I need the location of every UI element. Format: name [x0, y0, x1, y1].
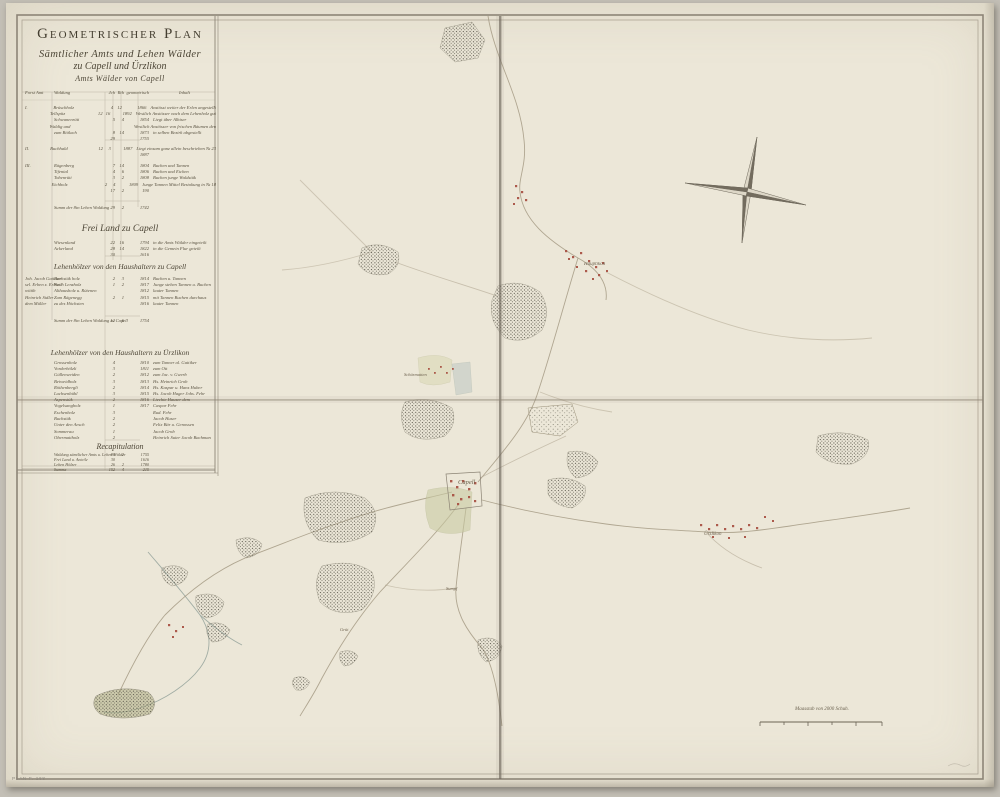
place-label-hauptikon: Hauptikon [584, 262, 605, 267]
place-label-grut: Grüt [340, 627, 349, 632]
cell-group [24, 188, 54, 194]
cell-group [24, 318, 54, 324]
cell-schuh: 1816 [124, 301, 149, 307]
cell-note [153, 205, 216, 211]
subtitle-line-3: Amts Wälder von Capell [24, 74, 216, 83]
cell-note [153, 188, 216, 194]
cell-schuh: 215 [124, 467, 149, 472]
cell-waldung: Summ der 8tn Lehen Waldung [54, 205, 106, 211]
cell-schuh: 1887 [124, 152, 149, 158]
cell-ruthen [115, 136, 124, 142]
cell-group [24, 467, 54, 472]
place-label-schurmatten: Schürmatten [404, 372, 427, 377]
cell-jucharten: 12 [106, 318, 115, 324]
section-heading-lehen-urzlikon: Lehenhölzer von den Haushaltern zu Ürzli… [24, 348, 216, 357]
cell-jucharten [106, 301, 115, 307]
page-title: Geometrischer Plan [24, 26, 216, 43]
cell-jucharten: 2 [106, 435, 115, 441]
place-label-sumpf: Sumpf [446, 586, 457, 591]
table-row: Summa 152 4 215 [24, 467, 216, 472]
cell-note [153, 467, 216, 472]
cell-jucharten: 17 [106, 188, 115, 194]
cell-holder: dem Müller [24, 301, 54, 307]
cell-schuh [124, 435, 149, 441]
place-label-urzlikon: Ürzlikon [704, 532, 722, 537]
ledger-row-zins-summ: Summ der 8tn Lehen Waldung 29 2 1742 [24, 205, 216, 211]
ledger-section-recapitulation: Waldung sämtlicher Amts u. Lehen Wälder … [24, 452, 216, 472]
section-heading-lehen-capell: Lehenhölzer von den Haushaltern zu Capel… [24, 262, 216, 271]
title-cartouche: Geometrischer Plan Sämtlicher Amts und L… [24, 26, 216, 83]
cell-waldung [54, 152, 106, 158]
cell-group [24, 435, 54, 441]
cell-note [153, 152, 216, 158]
cell-jucharten: 30 [106, 252, 115, 258]
cell-jucharten [106, 152, 115, 158]
cell-group [24, 403, 54, 409]
table-row: Summ der 8tn Lehen Waldung zu Capell 12 … [24, 318, 216, 324]
cell-waldung: Obermattholz [54, 435, 106, 441]
cell-jucharten: 1 [106, 403, 115, 409]
cell-ruthen [115, 152, 124, 158]
table-row: Summ der 8tn Lehen Waldung 29 2 1742 [24, 205, 216, 211]
surveyor-signature-mark [948, 764, 970, 767]
cell-note: Caspar Fehr [153, 403, 216, 409]
section-heading-recapitulation: Recapitulation [24, 442, 216, 451]
scale-bar [760, 722, 882, 726]
cell-waldung [54, 136, 106, 142]
table-row: 1887 [24, 152, 216, 158]
cell-waldung [54, 188, 106, 194]
cell-jucharten: 152 [106, 467, 115, 472]
cell-waldung [54, 252, 106, 258]
cell-note: Heinrich Suter Jacob Bachman [153, 435, 216, 441]
section-heading-freiland: Frei Land zu Capell [24, 224, 216, 234]
cell-ruthen [115, 435, 124, 441]
road-network [118, 16, 910, 726]
cell-schuh: 1755 [124, 136, 149, 142]
ledger-section-lehen-urzlikon: Grossenholz 4 1810 zum Tanner al. Gattik… [24, 360, 216, 410]
field-patches [418, 355, 472, 533]
cell-note [153, 318, 216, 324]
cell-ruthen: 6 [115, 318, 124, 324]
compass-rose-icon [685, 137, 806, 243]
cell-waldung: Vogelsangholz [54, 403, 106, 409]
cell-ruthen: 2 [115, 188, 124, 194]
scale-bar-label: Maasstab von 2000 Schuh. [764, 707, 880, 712]
scanned-map-page: Geometrischer Plan Sämtlicher Amts und L… [0, 0, 1000, 797]
cell-ruthen [115, 252, 124, 258]
cell-ruthen [115, 403, 124, 409]
header-rth: Rth [115, 90, 124, 96]
ledger-section-amts-2: II. Buchhald 12 3 1887 Liegt einsam ganz… [24, 146, 216, 158]
cell-schuh: 1754 [124, 318, 149, 324]
ledger-section-freiland: Wiesenland 22 16 1794 in die Amts Wälder… [24, 240, 216, 259]
cell-ruthen [115, 301, 124, 307]
table-row: dem Müller zu des Höchsten 1816 lauter T… [24, 301, 216, 307]
ledger-section-amts-3: III. Rägenberg 7 14 1804 Buchen und Tann… [24, 163, 216, 194]
place-label-capell: Capell [458, 479, 475, 486]
ledger-section-lehen-capell: Joh. Jacob Gattiker Buchstük holz 2 3 18… [24, 276, 216, 307]
cell-schuh: 1817 [124, 403, 149, 409]
header-geometrisch: geometrisch [124, 90, 149, 96]
cell-jucharten: 29 [106, 136, 115, 142]
ledger-section-amts-1: I. Brüschholz 4 12 1866 Anstösst weiter … [24, 105, 216, 142]
table-row: 29 1755 [24, 136, 216, 142]
cell-waldung: Summ der 8tn Lehen Waldung zu Capell [54, 318, 106, 324]
subtitle-line-1: Sämtlicher Amts und Lehen Wälder [24, 49, 216, 60]
cell-group [24, 152, 54, 158]
cell-schuh: 190 [124, 188, 149, 194]
table-row: Obermattholz 2 Heinrich Suter Jacob Bach… [24, 435, 216, 441]
ledger-section-lehen-urzlikon-2: Eschenholz 3 Rud. Fehr Buchstük 2 Jacob … [24, 410, 216, 441]
cell-ruthen: 2 [115, 205, 124, 211]
ledger-header-row: Forst Amt Waldung Jch Rth geometrisch In… [24, 90, 216, 96]
cell-note: lauter Tannen [153, 301, 216, 307]
subtitle-line-2: zu Capell und Ürzlikon [24, 61, 216, 72]
cell-group [24, 136, 54, 142]
header-forst-amt: Forst Amt [24, 90, 54, 96]
header-jch: Jch [106, 90, 115, 96]
village-cluster-grut [168, 624, 184, 638]
forest-ledger-table: Forst Amt Waldung Jch Rth geometrisch In… [24, 90, 216, 96]
header-waldung: Waldung [54, 90, 106, 96]
header-inhalt: Inhalt [153, 90, 216, 96]
cell-waldung: zu des Höchsten [54, 301, 106, 307]
cell-note [153, 136, 216, 142]
archive-shelfmark: PLAN F. 168 [12, 777, 46, 782]
cell-ruthen: 4 [115, 467, 124, 472]
cell-group [24, 205, 54, 211]
cell-group [24, 252, 54, 258]
cell-schuh: 1742 [124, 205, 149, 211]
cell-label: Summa [54, 467, 106, 472]
table-row: 17 2 190 [24, 188, 216, 194]
village-buildings [168, 185, 774, 638]
ledger-row-summ-capell: Summ der 8tn Lehen Waldung zu Capell 12 … [24, 318, 216, 324]
table-row: Vogelsangholz 1 1817 Caspar Fehr [24, 403, 216, 409]
cell-schuh: 1616 [124, 252, 149, 258]
cell-jucharten: 29 [106, 205, 115, 211]
cell-note [153, 252, 216, 258]
table-row: 30 1616 [24, 252, 216, 258]
